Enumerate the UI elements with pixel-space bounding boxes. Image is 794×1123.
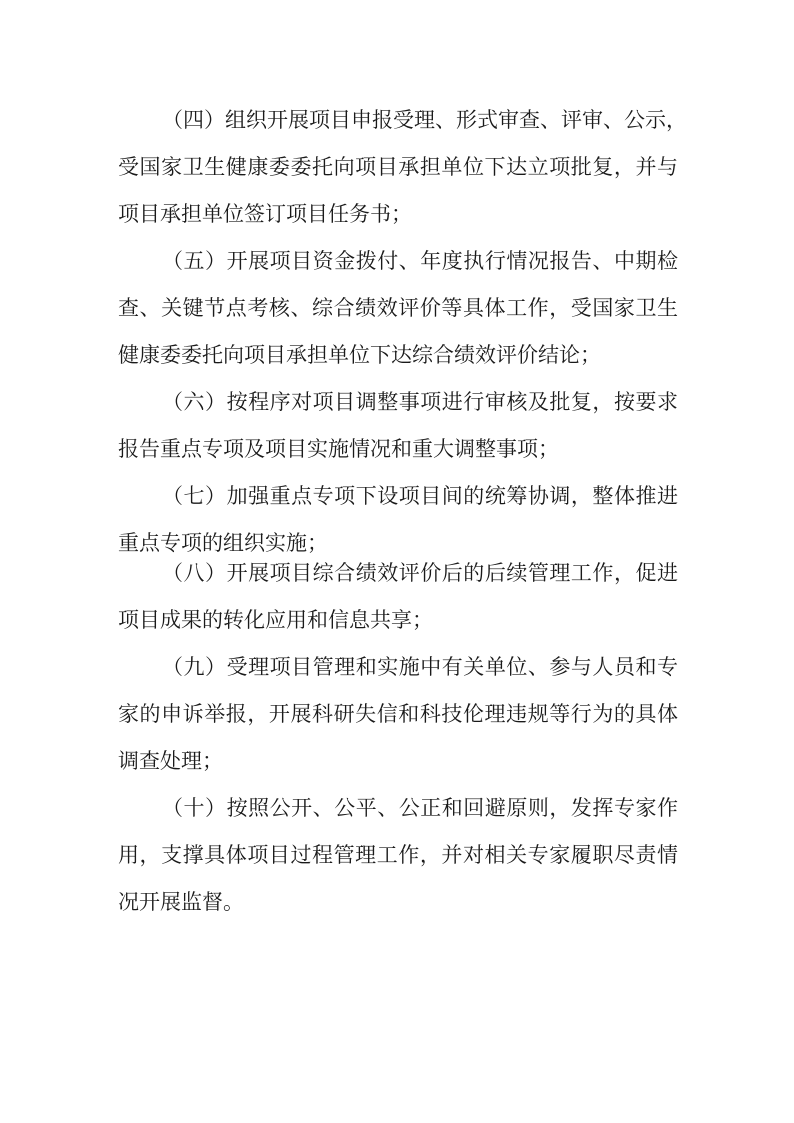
paragraph-7-line-2: 重点专项的组织实施；: [118, 530, 678, 556]
paragraph-8-line-1: （八）开展项目综合绩效评价后的后续管理工作，促进: [162, 560, 678, 586]
paragraph-4-line-3: 项目承担单位签订项目任务书；: [118, 201, 678, 227]
document-page: （四）组织开展项目申报受理、形式审查、评审、公示， 受国家卫生健康委委托向项目承…: [0, 0, 794, 1123]
paragraph-6-line-2: 报告重点专项及项目实施情况和重大调整事项；: [118, 436, 678, 462]
paragraph-10-line-1: （十）按照公开、公平、公正和回避原则，发挥专家作: [162, 795, 678, 821]
paragraph-9-line-2: 家的申诉举报，开展科研失信和科技伦理违规等行为的具体: [118, 701, 678, 727]
paragraph-7-line-1: （七）加强重点专项下设项目间的统筹协调，整体推进: [162, 483, 678, 509]
paragraph-9-line-1: （九）受理项目管理和实施中有关单位、参与人员和专: [162, 654, 678, 680]
paragraph-5-line-2: 查、关键节点考核、综合绩效评价等具体工作，受国家卫生: [118, 295, 678, 321]
paragraph-10-line-3: 况开展监督。: [118, 889, 678, 915]
paragraph-8-line-2: 项目成果的转化应用和信息共享；: [118, 607, 678, 633]
paragraph-6-line-1: （六）按程序对项目调整事项进行审核及批复，按要求: [162, 389, 678, 415]
paragraph-4-line-2: 受国家卫生健康委委托向项目承担单位下达立项批复，并与: [118, 154, 678, 180]
paragraph-5-line-1: （五）开展项目资金拨付、年度执行情况报告、中期检: [162, 248, 678, 274]
paragraph-9-line-3: 调查处理；: [118, 748, 678, 774]
paragraph-10-line-2: 用，支撑具体项目过程管理工作，并对相关专家履职尽责情: [118, 842, 678, 868]
paragraph-5-line-3: 健康委委托向项目承担单位下达综合绩效评价结论；: [118, 342, 678, 368]
paragraph-4-line-1: （四）组织开展项目申报受理、形式审查、评审、公示，: [162, 107, 678, 133]
